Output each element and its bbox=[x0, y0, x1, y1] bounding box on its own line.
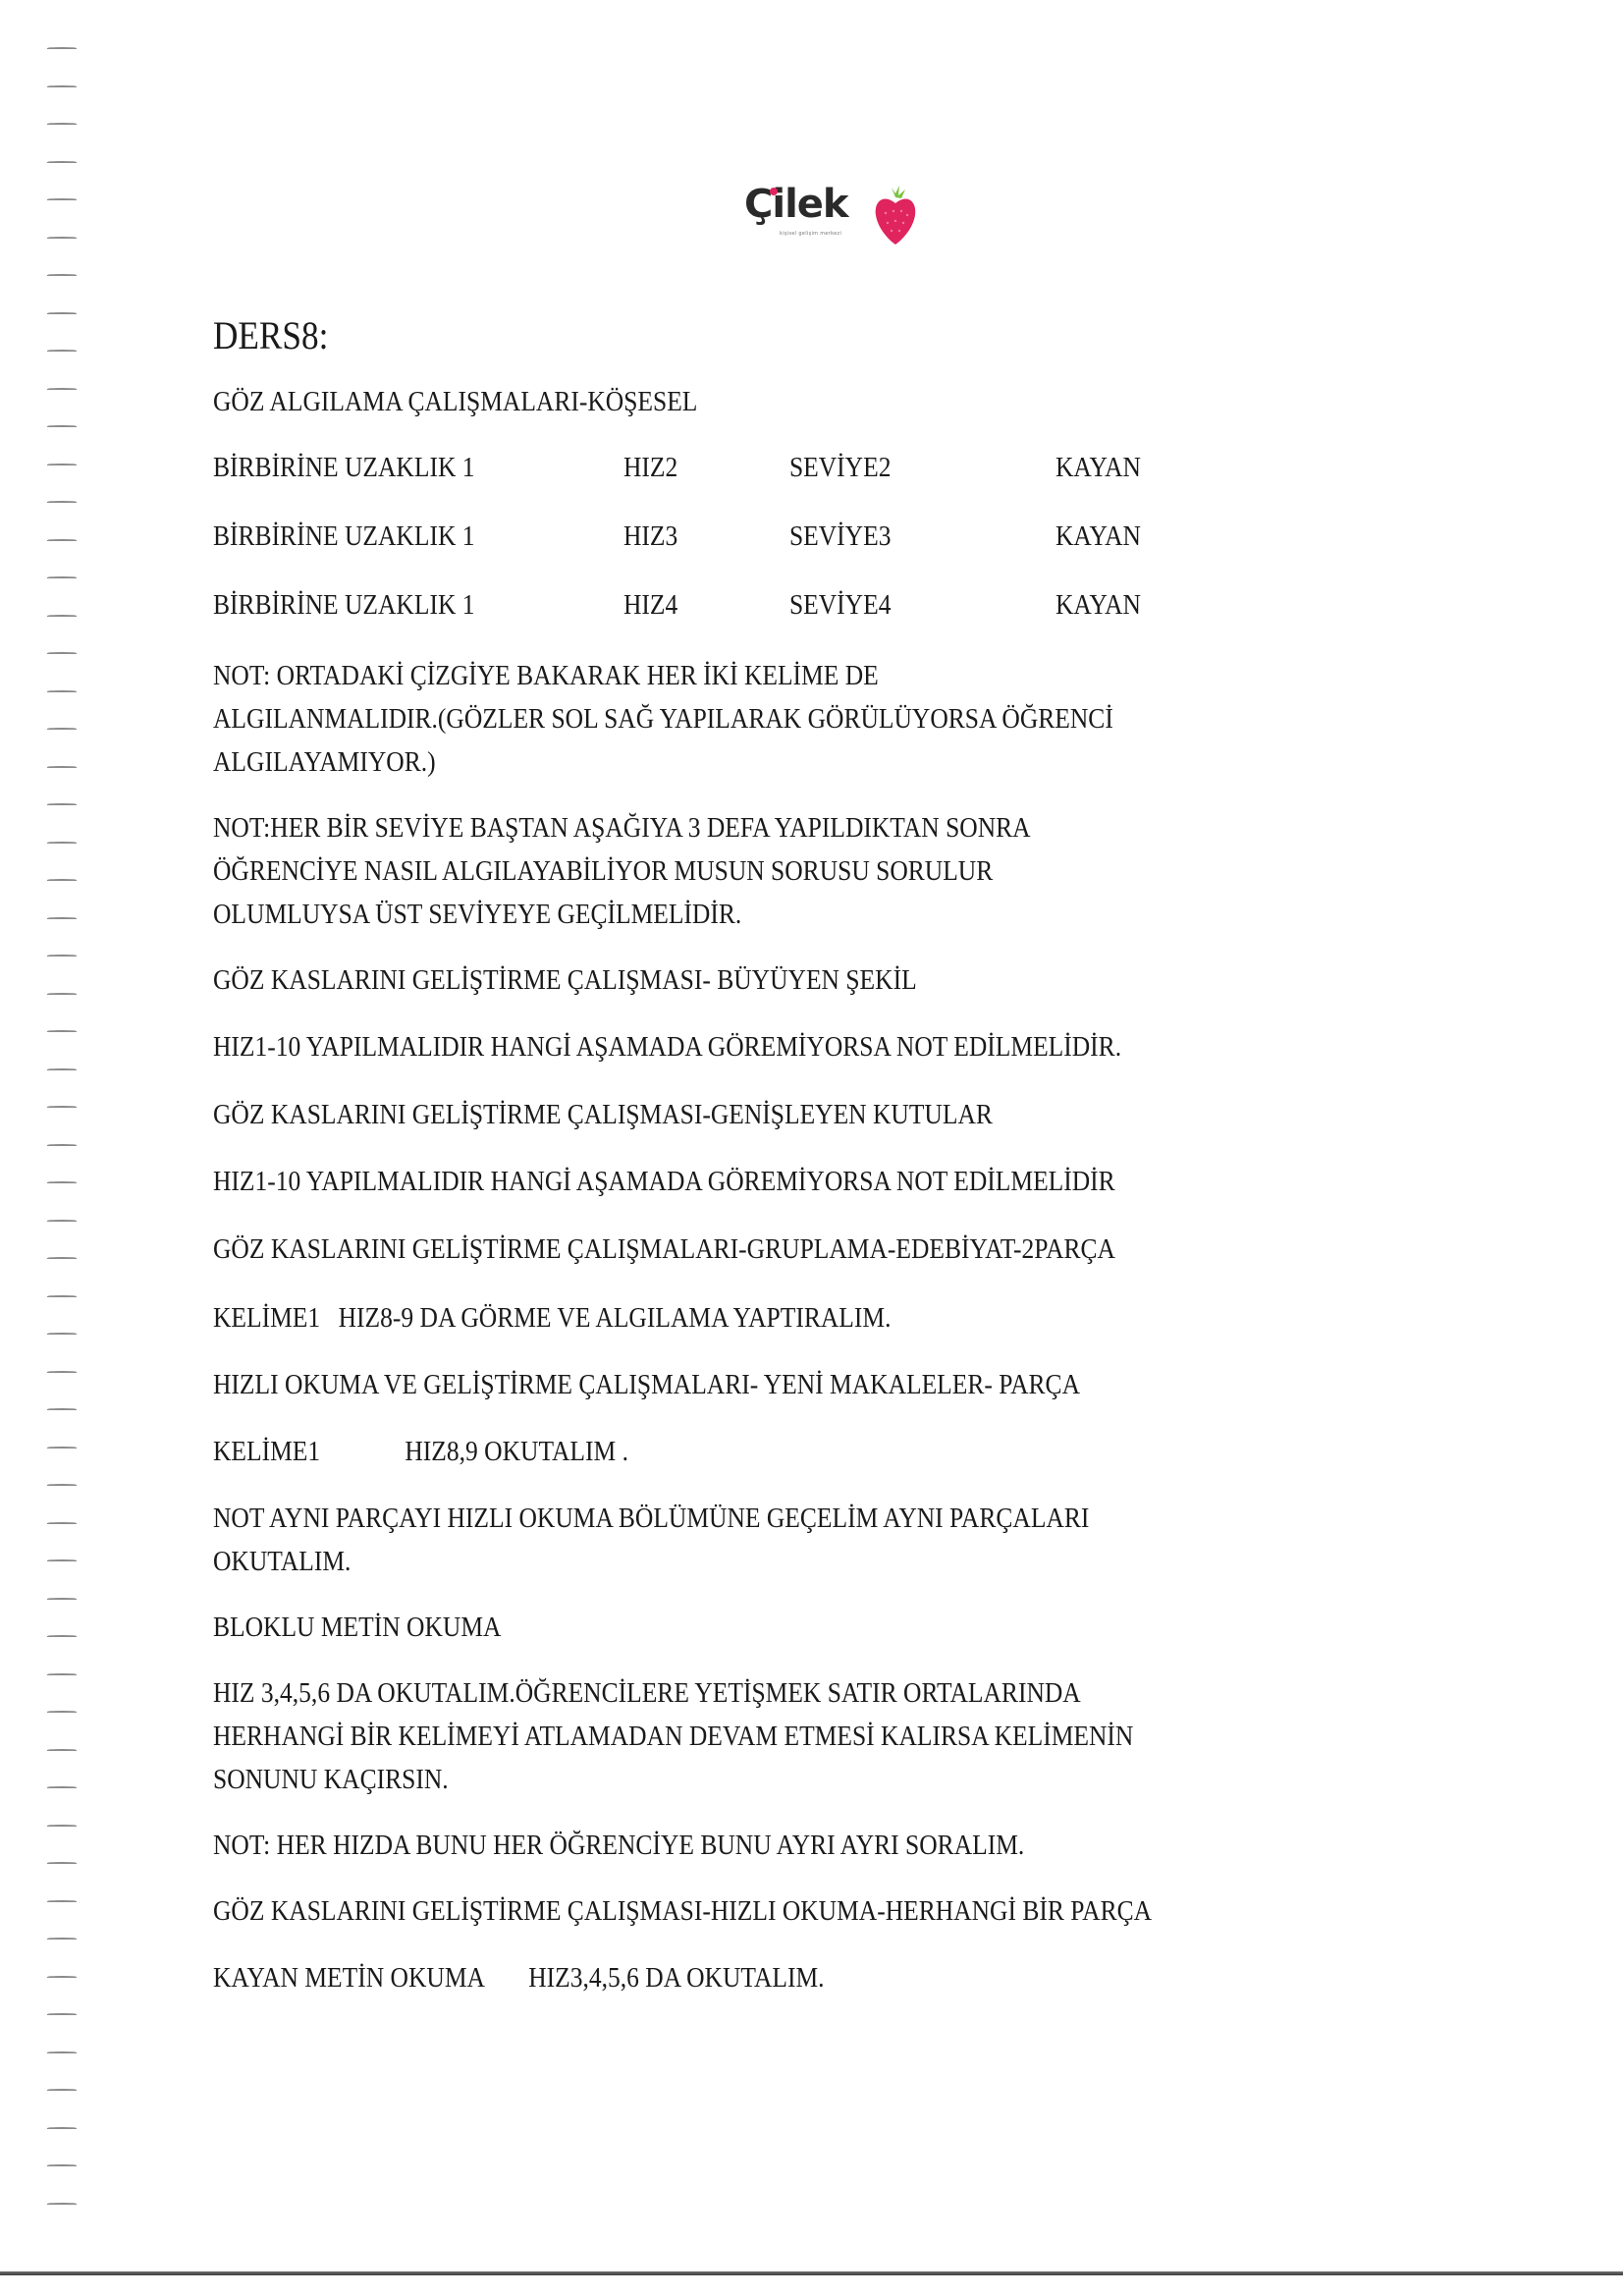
binding-mark bbox=[47, 728, 77, 730]
level-cell: SEVİYE3 bbox=[789, 520, 891, 553]
binding-mark bbox=[47, 615, 77, 617]
strawberry-icon bbox=[874, 186, 917, 246]
binding-mark bbox=[47, 1635, 77, 1637]
mode-cell: KAYAN bbox=[1055, 589, 1141, 622]
binding-mark bbox=[47, 1144, 77, 1146]
note-line: OLUMLUYSA ÜST SEVİYEYE GEÇİLMELİDİR. bbox=[213, 899, 741, 931]
instruction-text: HIZ8,9 OKUTALIM . bbox=[405, 1436, 628, 1468]
binding-mark bbox=[47, 1900, 77, 1902]
logo-tagline: kişisel gelişim merkezi bbox=[780, 231, 841, 237]
binding-mark bbox=[47, 1447, 77, 1449]
section-heading: GÖZ KASLARINI GELİŞTİRME ÇALIŞMALARI-GRU… bbox=[213, 1233, 1115, 1266]
exercise-cell: BİRBİRİNE UZAKLIK 1 bbox=[213, 452, 475, 484]
binding-mark bbox=[47, 2164, 77, 2166]
binding-mark bbox=[47, 1862, 77, 1864]
binding-mark bbox=[47, 464, 77, 465]
binding-mark bbox=[47, 1938, 77, 1940]
binding-mark bbox=[47, 1786, 77, 1788]
exercise-cell: BİRBİRİNE UZAKLIK 1 bbox=[213, 589, 475, 622]
binding-mark bbox=[47, 388, 77, 390]
binding-mark bbox=[47, 1257, 77, 1259]
instruction-line: HIZ1-10 YAPILMALIDIR HANGİ AŞAMADA GÖREM… bbox=[213, 1166, 1115, 1198]
binding-mark bbox=[47, 2013, 77, 2015]
binding-mark bbox=[47, 690, 77, 692]
speed-cell: HIZ4 bbox=[623, 589, 677, 622]
instruction-line: HIZ1-10 YAPILMALIDIR HANGİ AŞAMADA GÖREM… bbox=[213, 1031, 1121, 1064]
instruction-line: HERHANGİ BİR KELİMEYİ ATLAMADAN DEVAM ET… bbox=[213, 1721, 1133, 1753]
note-line: NOT: ORTADAKİ ÇİZGİYE BAKARAK HER İKİ KE… bbox=[213, 660, 879, 692]
binding-mark bbox=[47, 879, 77, 881]
binding-mark bbox=[47, 350, 77, 352]
binding-mark bbox=[47, 2089, 77, 2091]
binding-mark bbox=[47, 237, 77, 239]
note-line: OKUTALIM. bbox=[213, 1546, 351, 1578]
binding-mark bbox=[47, 1522, 77, 1524]
binding-mark bbox=[47, 576, 77, 578]
binding-mark bbox=[47, 47, 77, 49]
binding-mark bbox=[47, 2051, 77, 2053]
instruction-line: HIZ 3,4,5,6 DA OKUTALIM.ÖĞRENCİLERE YETİ… bbox=[213, 1677, 1081, 1710]
binding-mark bbox=[47, 803, 77, 805]
note-line: NOT AYNI PARÇAYI HIZLI OKUMA BÖLÜMÜNE GE… bbox=[213, 1503, 1089, 1535]
word-label: KELİME1 bbox=[213, 1302, 320, 1335]
binding-mark bbox=[47, 198, 77, 200]
logo-wordmark: Çilek bbox=[744, 182, 848, 227]
level-cell: SEVİYE2 bbox=[789, 452, 891, 484]
binding-mark bbox=[47, 1976, 77, 1978]
section-heading: GÖZ KASLARINI GELİŞTİRME ÇALIŞMASI- BÜYÜ… bbox=[213, 964, 917, 997]
instruction-text: HIZ8-9 DA GÖRME VE ALGILAMA YAPTIRALIM. bbox=[339, 1302, 892, 1335]
binding-mark bbox=[47, 842, 77, 844]
section-heading: BLOKLU METİN OKUMA bbox=[213, 1612, 501, 1644]
binding-mark bbox=[47, 501, 77, 503]
logo-i-dot bbox=[770, 188, 778, 195]
binding-mark bbox=[47, 2203, 77, 2205]
spiral-binding-marks bbox=[39, 39, 88, 2229]
level-cell: SEVİYE4 bbox=[789, 589, 891, 622]
binding-mark bbox=[47, 1371, 77, 1373]
binding-mark bbox=[47, 993, 77, 995]
binding-mark bbox=[47, 1181, 77, 1183]
section-heading: GÖZ KASLARINI GELİŞTİRME ÇALIŞMASI-HIZLI… bbox=[213, 1895, 1152, 1928]
binding-mark bbox=[47, 1295, 77, 1297]
binding-mark bbox=[47, 1106, 77, 1108]
binding-mark bbox=[47, 1559, 77, 1561]
binding-mark bbox=[47, 917, 77, 919]
mode-cell: KAYAN bbox=[1055, 520, 1141, 553]
binding-mark bbox=[47, 312, 77, 314]
binding-mark bbox=[47, 1220, 77, 1222]
binding-mark bbox=[47, 1484, 77, 1486]
binding-mark bbox=[47, 1749, 77, 1751]
binding-mark bbox=[47, 1333, 77, 1335]
binding-mark bbox=[47, 2127, 77, 2129]
binding-mark bbox=[47, 123, 77, 125]
binding-mark bbox=[47, 161, 77, 163]
binding-mark bbox=[47, 425, 77, 427]
instruction-text: HIZ3,4,5,6 DA OKUTALIM. bbox=[528, 1962, 824, 1995]
binding-mark bbox=[47, 766, 77, 768]
speed-cell: HIZ3 bbox=[623, 520, 677, 553]
note-line: NOT:HER BİR SEVİYE BAŞTAN AŞAĞIYA 3 DEFA… bbox=[213, 812, 1031, 845]
binding-mark bbox=[47, 1711, 77, 1713]
speed-cell: HIZ2 bbox=[623, 452, 677, 484]
binding-mark bbox=[47, 539, 77, 541]
note-line: ALGILANMALIDIR.(GÖZLER SOL SAĞ YAPILARAK… bbox=[213, 703, 1113, 736]
exercise-cell: BİRBİRİNE UZAKLIK 1 bbox=[213, 520, 475, 553]
binding-mark bbox=[47, 1598, 77, 1600]
note-line: NOT: HER HIZDA BUNU HER ÖĞRENCİYE BUNU A… bbox=[213, 1830, 1024, 1862]
binding-mark bbox=[47, 1673, 77, 1675]
binding-mark bbox=[47, 1068, 77, 1070]
mode-cell: KAYAN bbox=[1055, 452, 1141, 484]
binding-mark bbox=[47, 1825, 77, 1827]
section-heading: GÖZ ALGILAMA ÇALIŞMALARI-KÖŞESEL bbox=[213, 386, 697, 418]
section-heading: GÖZ KASLARINI GELİŞTİRME ÇALIŞMASI-GENİŞ… bbox=[213, 1099, 993, 1131]
word-label: KELİME1 bbox=[213, 1436, 320, 1468]
reading-mode-label: KAYAN METİN OKUMA bbox=[213, 1962, 485, 1995]
lesson-title: DERS8: bbox=[213, 312, 328, 358]
note-line: ALGILAYAMIYOR.) bbox=[213, 746, 436, 779]
cilek-logo: Çilek kişisel gelişim merkezi bbox=[744, 182, 941, 250]
instruction-line: SONUNU KAÇIRSIN. bbox=[213, 1764, 449, 1796]
binding-mark bbox=[47, 652, 77, 654]
binding-mark bbox=[47, 1030, 77, 1032]
binding-mark bbox=[47, 85, 77, 87]
note-line: ÖĞRENCİYE NASIL ALGILAYABİLİYOR MUSUN SO… bbox=[213, 855, 993, 888]
page-bottom-edge bbox=[0, 2271, 1623, 2275]
section-heading: HIZLI OKUMA VE GELİŞTİRME ÇALIŞMALARI- Y… bbox=[213, 1369, 1080, 1401]
binding-mark bbox=[47, 1408, 77, 1410]
binding-mark bbox=[47, 955, 77, 957]
binding-mark bbox=[47, 274, 77, 276]
